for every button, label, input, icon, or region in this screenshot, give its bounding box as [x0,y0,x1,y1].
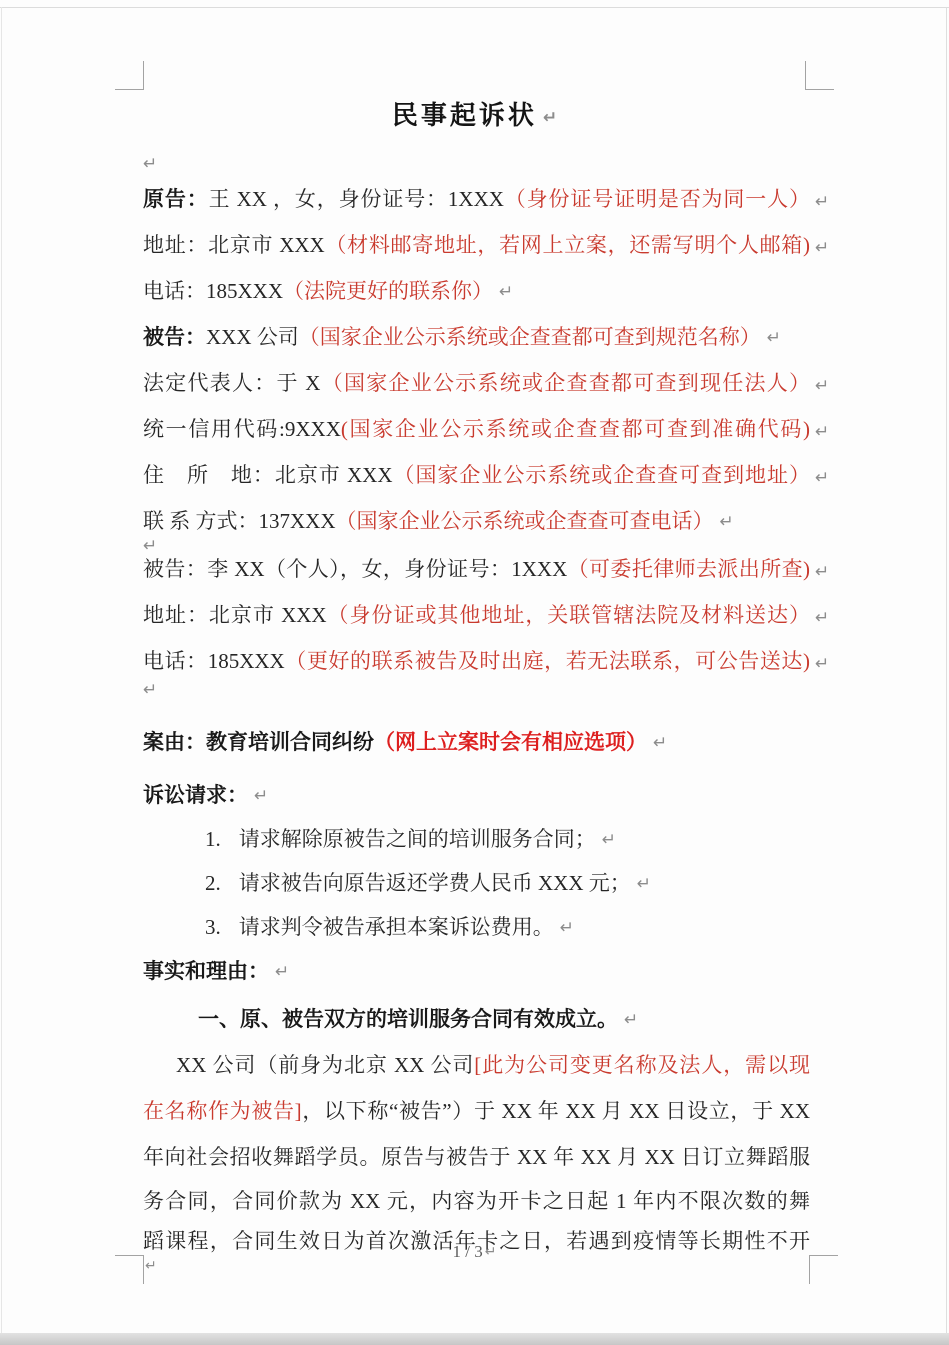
credit-code-text: 统一信用代码:9XXX [143,417,341,441]
photo-bottom-edge [0,1333,949,1345]
defendant-company-name-note: （国家企业公示系统或企查查都可查到规范名称） [299,325,761,349]
footer-paragraph-mark-icon: ↵ [145,1258,157,1274]
defendant-individual-address-note: （身份证或其他地址，关联管辖法院及材料送达） [327,603,810,627]
plaintiff-address-text: 地址：北京市 XXX [143,233,325,257]
paragraph-mark-icon: ↵ [143,154,157,174]
cause-of-action-label: 案由：教育培训合同纠纷 [143,730,374,754]
claim-item-1: 1.请求解除原被告之间的培训服务合同；↵ [143,824,872,855]
claim-number: 1. [205,827,221,851]
paragraph-mark-icon: ↵ [624,1010,638,1030]
paragraph-mark-icon: ↵ [560,918,574,938]
photo-top-edge [0,7,949,8]
paragraph-mark-icon: ↵ [815,187,829,217]
page-number: 1 / 3 [453,1242,483,1261]
claim-number: 2. [205,871,221,895]
defendant-label: 被告： [143,325,206,349]
plaintiff-phone-text: 电话：185XXX [143,279,283,303]
facts-text: 务合同，合同价款为 XX 元，内容为开卡之日起 1 年内不限次数的舞 [143,1189,810,1213]
legal-representative-line: 法定代表人：于 X（国家企业公示系统或企查查都可查到现任法人）↵ [143,368,810,398]
paragraph-mark-icon: ↵ [653,733,667,753]
plaintiff-address-line: 地址：北京市 XXX（材料邮寄地址，若网上立案，还需写明个人邮箱)↵ [143,230,810,260]
defendant-company-name-line: 被告：XXX 公司（国家企业公示系统或企查查都可查到规范名称）↵ [143,322,810,353]
paragraph-mark-icon: ↵ [143,680,157,700]
defendant-individual-phone-note: （更好的联系被告及时出庭，若无法联系，可公告送达) [285,649,810,673]
page-number-line: 1 / 3↵ [0,1240,949,1264]
paragraph-mark-icon: ↵ [254,786,268,806]
facts-text: XX 公司（前身为北京 XX 公司 [176,1053,474,1077]
document-title: 民事起诉状 [392,101,537,130]
paragraph-mark-icon: ↵ [815,603,829,633]
facts-annotation: 在名称作为被告] [143,1099,302,1123]
paragraph-mark-icon: ↵ [767,328,781,348]
text-boundary-top-right-icon [805,61,834,90]
domicile-text: 住 所 地：北京市 XXX [143,463,393,487]
paragraph-mark-icon: ↵ [485,1244,497,1260]
facts-paragraph-line-2: 在名称作为被告]，以下称“被告”）于 XX 年 XX 月 XX 日设立，于 XX [143,1096,810,1126]
facts-paragraph-line-1: XX 公司（前身为北京 XX 公司[此为公司变更名称及法人，需以现 [143,1050,810,1080]
plaintiff-label: 原告： [143,187,209,211]
cause-of-action-line: 案由：教育培训合同纠纷（网上立案时会有相应选项）↵ [143,727,810,758]
paragraph-mark-icon: ↵ [815,371,829,401]
photo-left-edge [1,7,2,1333]
document-title-line: 民事起诉状↵ [0,98,949,136]
plaintiff-phone-note: （法院更好的联系你） [283,279,493,303]
defendant-individual-identity-text: 被告：李 XX（个人），女，身份证号：1XXX [143,557,567,581]
facts-annotation: [此为公司变更名称及法人，需以现 [474,1053,810,1077]
empty-paragraph: ↵ [143,148,810,179]
defendant-individual-phone-text: 电话：185XXX [143,649,285,673]
credit-code-note: (国家企业公示系统或企查查都可查到准确代码) [341,417,810,441]
photo-right-edge [946,7,947,1333]
paragraph-mark-icon: ↵ [815,649,829,679]
paragraph-mark-icon: ↵ [637,874,651,894]
defendant-individual-address-line: 地址：北京市 XXX（身份证或其他地址，关联管辖法院及材料送达）↵ [143,600,810,630]
defendant-individual-identity-note: （可委托律师去派出所查) [567,557,810,581]
paragraph-mark-icon: ↵ [499,282,513,302]
facts-heading: 事实和理由： [143,959,269,983]
defendant-company-name: XXX 公司 [206,325,299,349]
civil-complaint-page: 民事起诉状↵ ↵ 原告：王 XX ，女，身份证号：1XXX（身份证号证明是否为同… [0,0,949,1345]
paragraph-mark-icon: ↵ [143,536,157,556]
facts-text: ，以下称“被告”）于 XX 年 XX 月 XX 日设立，于 XX [302,1099,810,1123]
claim-text: 请求解除原被告之间的培训服务合同； [239,827,596,851]
empty-paragraph: ↵ [143,674,810,705]
paragraph-mark-icon: ↵ [815,417,829,447]
plaintiff-phone-line: 电话：185XXX（法院更好的联系你）↵ [143,276,810,307]
facts-section1-heading: 一、原、被告双方的培训服务合同有效成立。 [198,1007,618,1031]
defendant-individual-address-text: 地址：北京市 XXX [143,603,327,627]
paragraph-mark-icon: ↵ [815,233,829,263]
plaintiff-address-note: （材料邮寄地址，若网上立案，还需写明个人邮箱) [325,233,810,257]
credit-code-line: 统一信用代码:9XXX(国家企业公示系统或企查查都可查到准确代码)↵ [143,414,810,444]
claim-number: 3. [205,915,221,939]
paragraph-mark-icon: ↵ [815,557,829,587]
claims-heading: 诉讼请求： [143,783,248,807]
facts-text: 年向社会招收舞蹈学员。原告与被告于 XX 年 XX 月 XX 日订立舞蹈服 [143,1145,810,1169]
plaintiff-identity-text: 王 XX ，女，身份证号：1XXX [209,187,504,211]
plaintiff-identity-line: 原告：王 XX ，女，身份证号：1XXX（身份证号证明是否为同一人）↵ [143,184,810,214]
text-boundary-top-left-icon [115,61,144,90]
claim-text: 请求判令被告承担本案诉讼费用。 [239,915,554,939]
defendant-individual-phone-line: 电话：185XXX（更好的联系被告及时出庭，若无法联系，可公告送达)↵ [143,646,810,676]
defendant-individual-identity-line: 被告：李 XX（个人），女，身份证号：1XXX（可委托律师去派出所查)↵ [143,554,810,584]
cause-of-action-note: （网上立案时会有相应选项） [374,730,647,754]
plaintiff-identity-note: （身份证号证明是否为同一人） [504,187,810,211]
paragraph-mark-icon: ↵ [720,512,734,532]
facts-paragraph-line-3: 年向社会招收舞蹈学员。原告与被告于 XX 年 XX 月 XX 日订立舞蹈服 [143,1142,810,1172]
claim-item-2: 2.请求被告向原告返还学费人民币 XXX 元；↵ [143,868,872,899]
legal-representative-text: 法定代表人：于 X [143,371,320,395]
claim-item-3: 3.请求判令被告承担本案诉讼费用。↵ [143,912,872,943]
legal-representative-note: （国家企业公示系统或企查查都可查到现任法人） [320,371,810,395]
facts-section1-heading-line: 一、原、被告双方的培训服务合同有效成立。↵ [143,1004,865,1035]
paragraph-mark-icon: ↵ [275,962,289,982]
claim-text: 请求被告向原告返还学费人民币 XXX 元； [239,871,631,895]
paragraph-mark-icon: ↵ [815,463,829,493]
domicile-note: （国家企业公示系统或企查查可查到地址） [393,463,811,487]
facts-heading-line: 事实和理由：↵ [143,956,810,987]
domicile-line: 住 所 地：北京市 XXX（国家企业公示系统或企查查可查到地址）↵ [143,460,810,490]
claims-heading-line: 诉讼请求：↵ [143,780,810,811]
paragraph-mark-icon: ↵ [602,830,616,850]
facts-paragraph-line-4: 务合同，合同价款为 XX 元，内容为开卡之日起 1 年内不限次数的舞 [143,1186,810,1216]
paragraph-mark-icon: ↵ [543,108,557,128]
